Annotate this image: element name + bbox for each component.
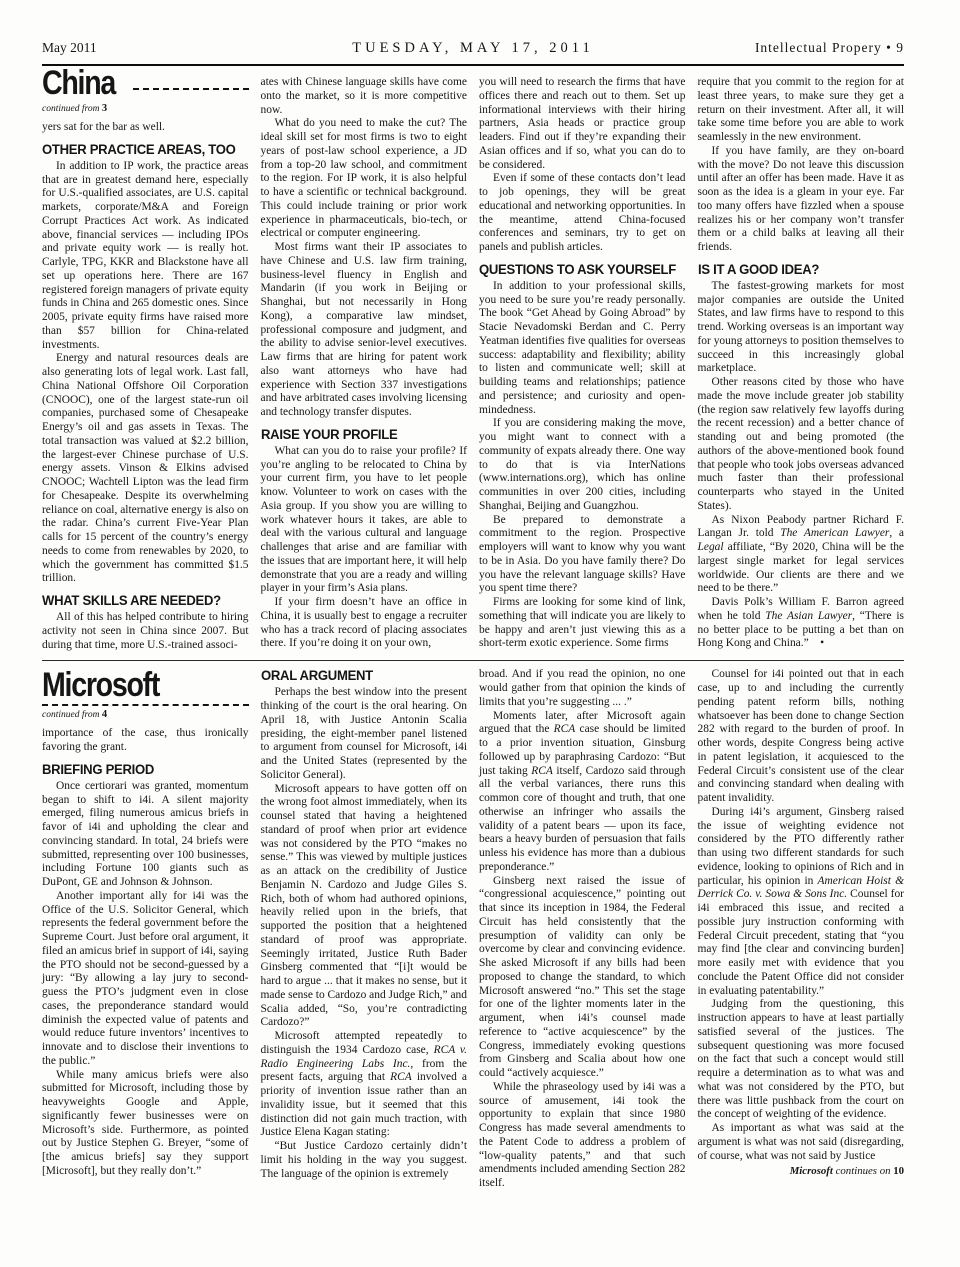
microsoft-column-3-body: broad. And if you read the opinion, no o…	[479, 668, 686, 1191]
paragraph: “But Justice Cardozo certainly didn’t li…	[261, 1140, 468, 1181]
paragraph: Microsoft appears to have gotten off on …	[261, 783, 468, 1031]
china-column-4: require that you commit to the region fo…	[698, 66, 905, 651]
continuation-paragraph: you will need to research the firms that…	[479, 76, 686, 172]
jump-line-text: continues on	[836, 1165, 891, 1177]
paragraph: Davis Polk’s William F. Barron agreed wh…	[698, 596, 905, 651]
continuation-paragraph: ates with Chinese language skills have c…	[261, 76, 468, 117]
microsoft-column-1-body: importance of the case, thus ironically …	[42, 727, 249, 1178]
subhead: QUESTIONS TO ASK YOURSELF	[479, 262, 679, 277]
microsoft-dashed-rule	[42, 704, 249, 706]
paragraph: Most firms want their IP associates to h…	[261, 241, 468, 420]
newspaper-page: May 2011 TUESDAY, MAY 17, 2011 Intellect…	[0, 0, 960, 1267]
subhead: WHAT SKILLS ARE NEEDED?	[42, 593, 242, 608]
paragraph: If you have family, are they on-board wi…	[698, 145, 905, 255]
text-run: itself, Cardozo said through all the ver…	[479, 765, 686, 873]
masthead-publication-page: Intellectual Propery • 9	[755, 40, 904, 56]
continuation-paragraph: yers sat for the bar as well.	[42, 121, 249, 135]
paragraph: While many amicus briefs were also submi…	[42, 1069, 249, 1179]
china-dashed-rule	[133, 88, 249, 90]
masthead-center-date: TUESDAY, MAY 17, 2011	[352, 40, 594, 57]
paragraph: Counsel for i4i pointed out that in each…	[698, 668, 905, 806]
microsoft-headline-block: Microsoft continued from 4	[42, 668, 249, 720]
paragraph: Microsoft attempted repeatedly to distin…	[261, 1030, 468, 1140]
continued-from-page: 4	[102, 709, 107, 720]
china-column-1-body: yers sat for the bar as well.OTHER PRACT…	[42, 121, 249, 652]
china-article: China continued from 3 yers sat for the …	[42, 66, 904, 652]
italic-text-run: The American Lawyer	[780, 527, 889, 539]
paragraph: As important as what was said at the arg…	[698, 1122, 905, 1163]
china-continued-from: continued from 3	[42, 103, 249, 114]
italic-text-run: Legal	[698, 541, 724, 553]
paragraph: While the phraseology used by i4i was a …	[479, 1081, 686, 1191]
china-headline-row: China	[42, 66, 249, 100]
italic-text-run: RCA	[531, 765, 553, 777]
paragraph: All of this has helped contribute to hir…	[42, 611, 249, 652]
microsoft-continued-from: continued from 4	[42, 709, 249, 720]
china-headline: China	[42, 66, 115, 100]
paragraph: Judging from the questioning, this instr…	[698, 998, 905, 1122]
continued-from-page: 3	[102, 103, 107, 114]
microsoft-column-1: Microsoft continued from 4 importance of…	[42, 668, 249, 1178]
microsoft-column-2: ORAL ARGUMENTPerhaps the best window int…	[261, 668, 468, 1181]
italic-text-run: The Asian Lawyer	[765, 610, 852, 622]
text-run: affiliate, “By 2020, China will be the l…	[698, 541, 905, 594]
subhead: OTHER PRACTICE AREAS, TOO	[42, 142, 242, 157]
paragraph: Perhaps the best window into the present…	[261, 686, 468, 782]
continuation-paragraph: require that you commit to the region fo…	[698, 76, 905, 145]
paragraph: Another important ally for i4i was the O…	[42, 890, 249, 1069]
china-column-2-body: ates with Chinese language skills have c…	[261, 76, 468, 651]
text-run: Counsel for i4i embraced this issue, and…	[698, 888, 905, 996]
continuation-paragraph: broad. And if you read the opinion, no o…	[479, 668, 686, 709]
paragraph: In addition to IP work, the practice are…	[42, 160, 249, 353]
microsoft-headline: Microsoft	[42, 668, 159, 702]
microsoft-article: Microsoft continued from 4 importance of…	[42, 668, 904, 1191]
paragraph: Ginsberg next raised the issue of “congr…	[479, 875, 686, 1081]
continuation-paragraph: importance of the case, thus ironically …	[42, 727, 249, 755]
china-column-3: you will need to research the firms that…	[479, 66, 686, 651]
text-run: , a	[889, 527, 904, 539]
section-divider-rule	[42, 660, 904, 661]
paragraph: Energy and natural resources deals are a…	[42, 352, 249, 586]
paragraph: Once certiorari was granted, momentum be…	[42, 780, 249, 890]
subhead: IS IT A GOOD IDEA?	[698, 262, 898, 277]
italic-text-run: RCA	[554, 723, 576, 735]
paragraph: If your firm doesn’t have an office in C…	[261, 596, 468, 651]
subhead: ORAL ARGUMENT	[261, 668, 461, 683]
jump-line: Microsoft continues on 10	[698, 1164, 905, 1178]
paragraph: Even if some of these contacts don’t lea…	[479, 172, 686, 255]
paragraph: Moments later, after Microsoft again arg…	[479, 710, 686, 875]
microsoft-column-4: Counsel for i4i pointed out that in each…	[698, 668, 905, 1178]
masthead: May 2011 TUESDAY, MAY 17, 2011 Intellect…	[42, 40, 904, 57]
paragraph: The fastest-growing markets for most maj…	[698, 280, 905, 376]
subhead: BRIEFING PERIOD	[42, 762, 242, 777]
continued-from-label: continued from	[42, 104, 99, 114]
china-column-2: ates with Chinese language skills have c…	[261, 66, 468, 651]
paragraph: During i4i’s argument, Ginsberg raised t…	[698, 806, 905, 999]
masthead-date: May 2011	[42, 40, 97, 56]
china-column-4-body: require that you commit to the region fo…	[698, 76, 905, 651]
microsoft-column-3: broad. And if you read the opinion, no o…	[479, 668, 686, 1191]
paragraph: If you are considering making the move, …	[479, 417, 686, 513]
jump-line-page-number: 10	[893, 1165, 904, 1177]
italic-text-run: RCA	[390, 1071, 412, 1083]
microsoft-column-2-body: ORAL ARGUMENTPerhaps the best window int…	[261, 668, 468, 1181]
paragraph: As Nixon Peabody partner Richard F. Lang…	[698, 514, 905, 597]
china-headline-block: China continued from 3	[42, 66, 249, 114]
paragraph: In addition to your professional skills,…	[479, 280, 686, 418]
paragraph: Other reasons cited by those who have ma…	[698, 376, 905, 514]
paragraph: Be prepared to demonstrate a commitment …	[479, 514, 686, 597]
china-column-1: China continued from 3 yers sat for the …	[42, 66, 249, 652]
subhead: RAISE YOUR PROFILE	[261, 427, 461, 442]
paragraph: Firms are looking for some kind of link,…	[479, 596, 686, 651]
china-column-3-body: you will need to research the firms that…	[479, 76, 686, 651]
paragraph: What can you do to raise your profile? I…	[261, 445, 468, 596]
paragraph: What do you need to make the cut? The id…	[261, 117, 468, 241]
continued-from-label: continued from	[42, 710, 99, 720]
microsoft-column-4-body: Counsel for i4i pointed out that in each…	[698, 668, 905, 1163]
jump-line-article-name: Microsoft	[790, 1165, 833, 1177]
